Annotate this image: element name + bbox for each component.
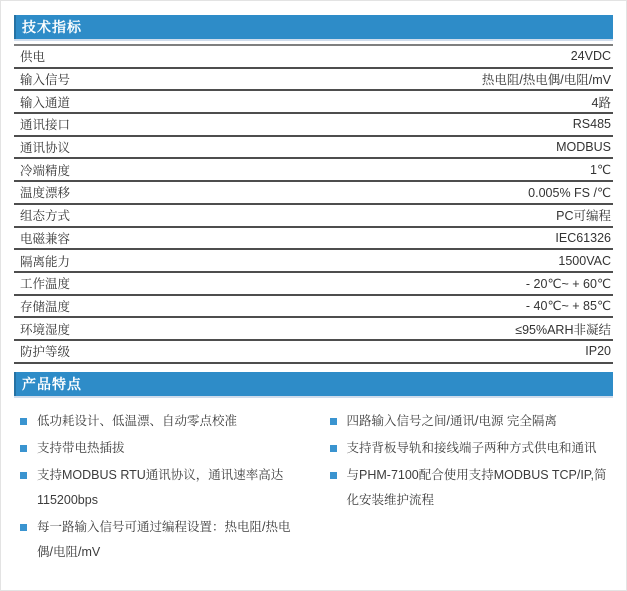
spec-label: 工作温度 bbox=[20, 274, 70, 292]
spec-value: 24VDC bbox=[571, 49, 611, 63]
spec-label: 供电 bbox=[20, 47, 45, 65]
spec-row-power: 供电 24VDC bbox=[14, 46, 613, 69]
feature-item: 与PHM-7100配合使用支持MODBUS TCP/IP,简化安装维护流程 bbox=[326, 463, 612, 513]
spec-label: 通讯接口 bbox=[20, 115, 70, 133]
spec-row-humidity: 环境湿度 ≤95%ARH非凝结 bbox=[14, 318, 613, 341]
spec-label: 通讯协议 bbox=[20, 138, 70, 156]
spec-label: 存储温度 bbox=[20, 297, 70, 315]
datasheet-page: 技术指标 供电 24VDC 输入信号 热电阻/热电偶/电阻/mV 输入通道 4路… bbox=[0, 0, 627, 591]
feature-text: 支持带电热插拔 bbox=[37, 436, 125, 461]
features-list: 低功耗设计、低温漂、自动零点校准 支持带电热插拔 支持MODBUS RTU通讯协… bbox=[14, 409, 613, 567]
spec-row-temp-drift: 温度漂移 0.005% FS /℃ bbox=[14, 182, 613, 205]
spec-row-comm-protocol: 通讯协议 MODBUS bbox=[14, 137, 613, 160]
spec-value: IEC61326 bbox=[555, 231, 611, 245]
spec-value: 0.005% FS /℃ bbox=[528, 185, 611, 200]
feature-item: 支持带电热插拔 bbox=[16, 436, 302, 461]
features-right-column: 四路输入信号之间/通讯/电源 完全隔离 支持背板导轨和接线端子两种方式供电和通讯… bbox=[326, 409, 612, 567]
spec-row-emc: 电磁兼容 IEC61326 bbox=[14, 228, 613, 251]
spec-label: 输入通道 bbox=[20, 93, 70, 111]
spec-label: 环境湿度 bbox=[20, 320, 70, 338]
spec-value: ≤95%ARH非凝结 bbox=[515, 320, 611, 338]
feature-item: 支持MODBUS RTU通讯协议，通讯速率高达 115200bps bbox=[16, 463, 302, 513]
feature-text: 每一路输入信号可通过编程设置：热电阻/热电偶/电阻/mV bbox=[37, 515, 302, 565]
tech-section-title: 技术指标 bbox=[22, 17, 82, 37]
bullet-square-icon bbox=[330, 472, 337, 479]
feature-item: 每一路输入信号可通过编程设置：热电阻/热电偶/电阻/mV bbox=[16, 515, 302, 565]
features-left-column: 低功耗设计、低温漂、自动零点校准 支持带电热插拔 支持MODBUS RTU通讯协… bbox=[16, 409, 302, 567]
tech-section-header: 技术指标 bbox=[14, 15, 613, 41]
feature-text: 四路输入信号之间/通讯/电源 完全隔离 bbox=[347, 409, 557, 434]
bullet-square-icon bbox=[20, 445, 27, 452]
feature-text: 支持MODBUS RTU通讯协议，通讯速率高达 115200bps bbox=[37, 463, 302, 513]
feature-text: 支持背板导轨和接线端子两种方式供电和通讯 bbox=[347, 436, 597, 461]
spec-row-cold-junction: 冷端精度 1℃ bbox=[14, 159, 613, 182]
spec-value: MODBUS bbox=[556, 140, 611, 154]
spec-row-protection-rating: 防护等级 IP20 bbox=[14, 341, 613, 364]
feature-text: 低功耗设计、低温漂、自动零点校准 bbox=[37, 409, 237, 434]
feature-text: 与PHM-7100配合使用支持MODBUS TCP/IP,简化安装维护流程 bbox=[347, 463, 612, 513]
spec-value: - 20℃~ + 60℃ bbox=[526, 276, 611, 291]
spec-table: 供电 24VDC 输入信号 热电阻/热电偶/电阻/mV 输入通道 4路 通讯接口… bbox=[14, 44, 613, 364]
spec-row-storage-temp: 存储温度 - 40℃~ + 85℃ bbox=[14, 296, 613, 319]
spec-label: 隔离能力 bbox=[20, 252, 70, 270]
spec-row-isolation: 隔离能力 1500VAC bbox=[14, 250, 613, 273]
spec-value: RS485 bbox=[573, 117, 611, 131]
spec-label: 电磁兼容 bbox=[20, 229, 70, 247]
spec-value: 1℃ bbox=[590, 162, 611, 177]
spec-row-comm-interface: 通讯接口 RS485 bbox=[14, 114, 613, 137]
spec-label: 温度漂移 bbox=[20, 183, 70, 201]
feature-item: 支持背板导轨和接线端子两种方式供电和通讯 bbox=[326, 436, 612, 461]
spec-value: PC可编程 bbox=[556, 206, 611, 224]
feature-item: 四路输入信号之间/通讯/电源 完全隔离 bbox=[326, 409, 612, 434]
spec-row-config-method: 组态方式 PC可编程 bbox=[14, 205, 613, 228]
feature-item: 低功耗设计、低温漂、自动零点校准 bbox=[16, 409, 302, 434]
features-section-header: 产品特点 bbox=[14, 372, 613, 398]
spec-value: 4路 bbox=[592, 93, 611, 111]
spec-value: - 40℃~ + 85℃ bbox=[526, 298, 611, 313]
spec-label: 冷端精度 bbox=[20, 161, 70, 179]
spec-value: 1500VAC bbox=[558, 254, 611, 268]
spec-label: 防护等级 bbox=[20, 342, 70, 360]
spec-row-operating-temp: 工作温度 - 20℃~ + 60℃ bbox=[14, 273, 613, 296]
bullet-square-icon bbox=[20, 472, 27, 479]
bullet-square-icon bbox=[20, 524, 27, 531]
spec-value: 热电阻/热电偶/电阻/mV bbox=[482, 70, 611, 88]
bullet-square-icon bbox=[330, 418, 337, 425]
bullet-square-icon bbox=[330, 445, 337, 452]
spec-row-input-channels: 输入通道 4路 bbox=[14, 91, 613, 114]
spec-label: 输入信号 bbox=[20, 70, 70, 88]
spec-row-input-signal: 输入信号 热电阻/热电偶/电阻/mV bbox=[14, 69, 613, 92]
bullet-square-icon bbox=[20, 418, 27, 425]
spec-value: IP20 bbox=[585, 344, 611, 358]
spec-label: 组态方式 bbox=[20, 206, 70, 224]
features-section-title: 产品特点 bbox=[22, 374, 82, 394]
